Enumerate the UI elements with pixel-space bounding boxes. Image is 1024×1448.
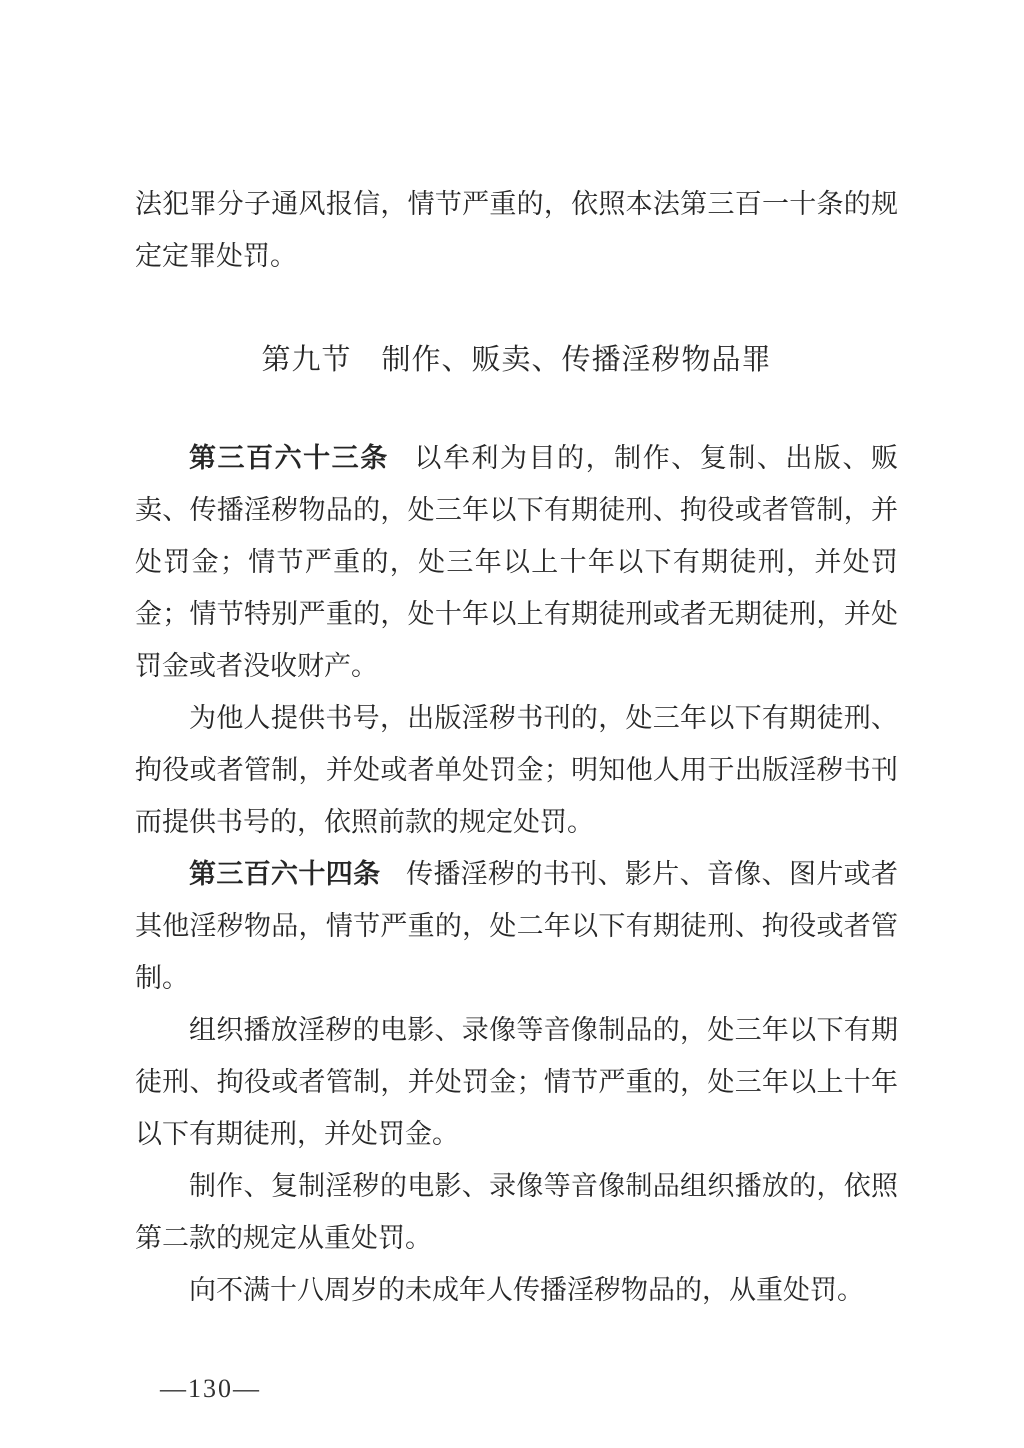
page-number: —130— xyxy=(160,1374,261,1404)
article-364-paragraph-3: 制作、复制淫秽的电影、录像等音像制品组织播放的，依照第二款的规定从重处罚。 xyxy=(135,1160,898,1264)
article-363-number: 第三百六十三条 xyxy=(189,443,389,473)
article-364-paragraph-4: 向不满十八周岁的未成年人传播淫秽物品的，从重处罚。 xyxy=(135,1264,898,1316)
article-363-paragraph-1: 第三百六十三条以牟利为目的，制作、复制、出版、贩卖、传播淫秽物品的，处三年以下有… xyxy=(135,432,898,692)
continuation-paragraph: 法犯罪分子通风报信，情节严重的，依照本法第三百一十条的规定定罪处罚。 xyxy=(135,178,898,282)
article-364-paragraph-2: 组织播放淫秽的电影、录像等音像制品的，处三年以下有期徒刑、拘役或者管制，并处罚金… xyxy=(135,1004,898,1160)
article-363-paragraph-2: 为他人提供书号，出版淫秽书刊的，处三年以下有期徒刑、拘役或者管制，并处或者单处罚… xyxy=(135,692,898,848)
section-heading: 第九节 制作、贩卖、传播淫秽物品罪 xyxy=(135,334,898,386)
article-363-paragraph-1-text: 以牟利为目的，制作、复制、出版、贩卖、传播淫秽物品的，处三年以下有期徒刑、拘役或… xyxy=(135,443,898,681)
page-content: 法犯罪分子通风报信，情节严重的，依照本法第三百一十条的规定定罪处罚。 第九节 制… xyxy=(135,178,898,1316)
article-364-paragraph-1: 第三百六十四条传播淫秽的书刊、影片、音像、图片或者其他淫秽物品，情节严重的，处二… xyxy=(135,848,898,1004)
article-364-number: 第三百六十四条 xyxy=(189,859,380,889)
document-page: 法犯罪分子通风报信，情节严重的，依照本法第三百一十条的规定定罪处罚。 第九节 制… xyxy=(0,0,1024,1448)
